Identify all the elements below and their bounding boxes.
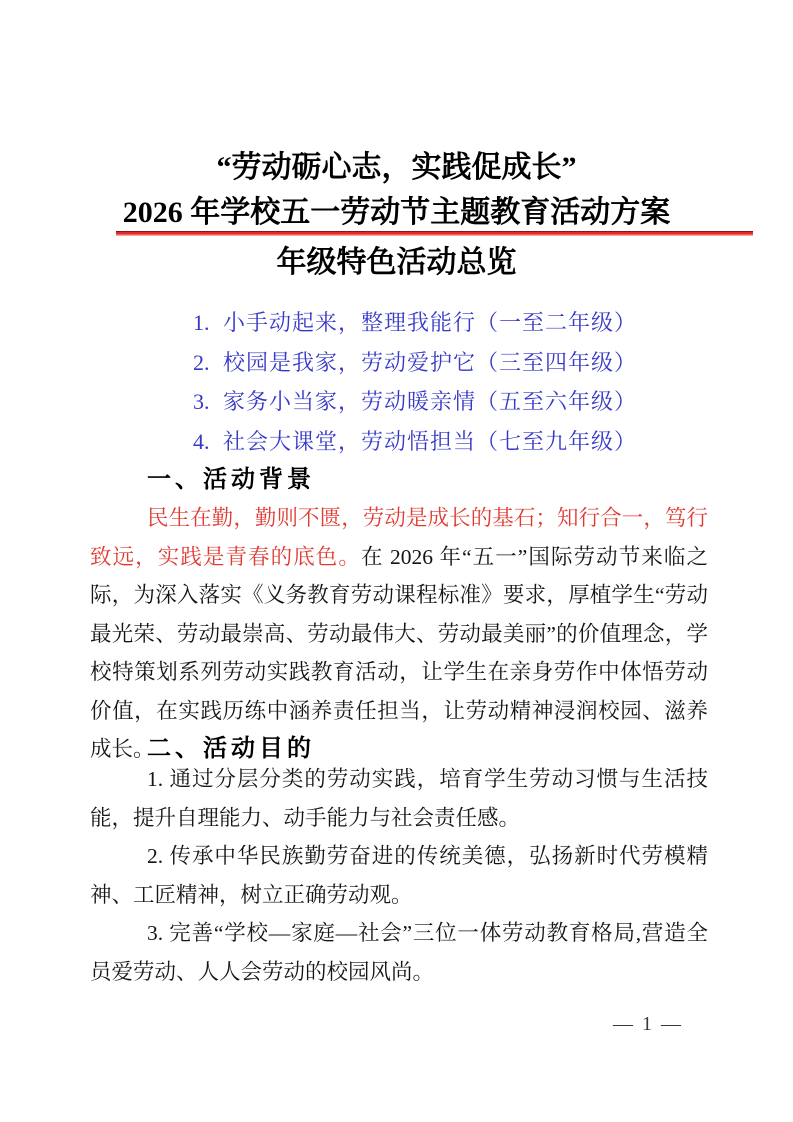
document-page: “劳动砺心志，实践促成长” 2026 年学校五一劳动节主题教育活动方案 年级特色… [0,0,793,1122]
section-heading-activity-background: 一、活动背景 [90,465,765,495]
background-body-text: 在 2026 年“五一”国际劳动节来临之际，为深入落实《义务教育劳动课程标准》要… [90,545,708,762]
list-item-number: 1. [193,303,223,343]
list-item-text: 社会大课堂，劳动悟担当（七至九年级） [223,429,637,454]
overview-list-item: 2.校园是我家，劳动爱护它（三至四年级） [193,343,637,383]
list-item-text: 校园是我家，劳动爱护它（三至四年级） [223,350,637,375]
purpose-item-2: 2. 传承中华民族勤劳奋进的传统美德，弘扬新时代劳模精神、工匠精神，树立正确劳动… [90,837,708,914]
grade-activity-overview-list: 1.小手动起来，整理我能行（一至二年级） 2.校园是我家，劳动爱护它（三至四年级… [193,303,637,461]
overview-list-item: 3.家务小当家，劳动暖亲情（五至六年级） [193,382,637,422]
document-subtitle: 年级特色活动总览 [0,243,793,283]
overview-list-item: 4.社会大课堂，劳动悟担当（七至九年级） [193,422,637,462]
list-item-number: 4. [193,422,223,462]
list-item-number: 3. [193,382,223,422]
purpose-item-3: 3. 完善“学校—家庭—社会”三位一体劳动教育格局,营造全员爱劳动、人人会劳动的… [90,914,708,991]
document-title-line1: “劳动砺心志，实践促成长” [0,148,793,188]
document-title-line2: 2026 年学校五一劳动节主题教育活动方案 [0,193,793,233]
purpose-item-1: 1. 通过分层分类的劳动实践，培育学生劳动习惯与生活技能，提升自理能力、动手能力… [90,760,708,837]
list-item-text: 小手动起来，整理我能行（一至二年级） [223,310,637,335]
list-item-text: 家务小当家，劳动暖亲情（五至六年级） [223,389,637,414]
page-number: — 1 — [613,1012,683,1036]
red-divider-line [116,231,753,236]
background-paragraph: 民生在勤，勤则不匮，劳动是成长的基石；知行合一，笃行致远，实践是青春的底色。在 … [90,499,708,769]
list-item-number: 2. [193,343,223,383]
overview-list-item: 1.小手动起来，整理我能行（一至二年级） [193,303,637,343]
